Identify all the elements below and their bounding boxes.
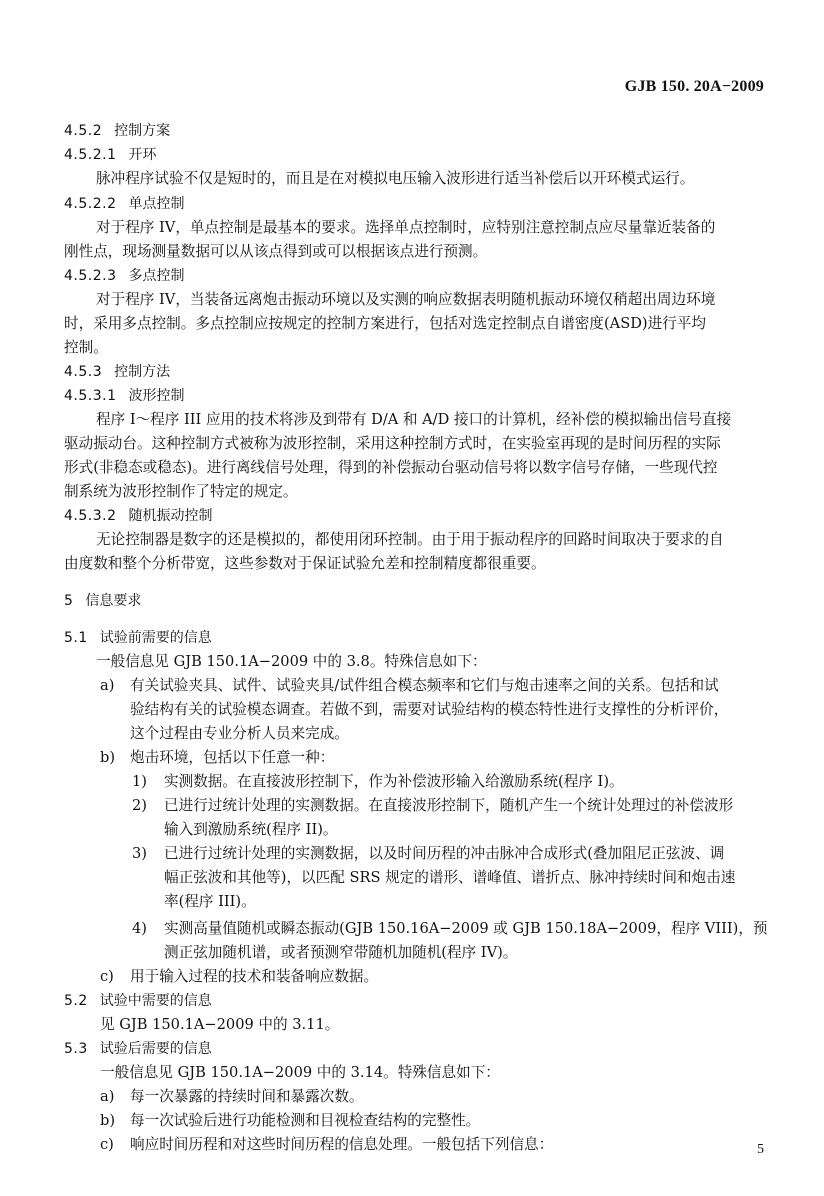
paragraph-line: 驱动振动台。这种控制方式被称为波形控制，采用这种控制方式时，在实验室再现的是时间… (64, 432, 721, 456)
section-title: 控制方法 (114, 364, 170, 380)
section-title: 单点控制 (128, 196, 184, 212)
section-number: 5.1 (64, 626, 88, 650)
section-heading-4-5-2-2: 4.5.2.2单点控制 (64, 192, 184, 216)
section-heading-4-5-2-3: 4.5.2.3多点控制 (64, 264, 184, 288)
list-item-line: 炮击环境，包括以下任意一种： (130, 746, 334, 770)
section-heading-4-5-3-1: 4.5.3.1波形控制 (64, 384, 184, 408)
paragraph-line: 时，采用多点控制。多点控制应按规定的控制方案进行，包括对选定控制点自谱密度(AS… (64, 312, 706, 336)
section-title: 波形控制 (128, 388, 184, 404)
section-number: 4.5.2 (64, 119, 102, 143)
section-number: 4.5.3.1 (64, 384, 116, 408)
section-heading-4-5-2: 4.5.2控制方案 (64, 119, 170, 143)
sub-list-item-line: 实测数据。在直接波形控制下，作为补偿波形输入给激励系统(程序 I)。 (164, 770, 624, 794)
list-item-label: b) (100, 746, 115, 770)
paragraph-line: 一般信息见 GJB 150.1A−2009 中的 3.14。特殊信息如下： (100, 1061, 500, 1085)
section-number: 4.5.3 (64, 360, 102, 384)
sub-list-item-line: 率(程序 III)。 (164, 890, 256, 914)
sub-list-item-label: 1) (132, 770, 147, 794)
section-title: 试验前需要的信息 (100, 630, 212, 646)
section-title: 多点控制 (128, 268, 184, 284)
section-title: 开环 (128, 147, 156, 163)
paragraph-line: 形式(非稳态或稳态)。进行离线信号处理，得到的补偿振动台驱动信号将以数字信号存储… (64, 456, 718, 480)
chapter-heading-5: 5信息要求 (64, 589, 141, 613)
list-item-label: a) (100, 674, 114, 698)
section-heading-5-3: 5.3试验后需要的信息 (64, 1037, 212, 1061)
paragraph-line: 制系统为波形控制作了特定的规定。 (64, 480, 298, 504)
paragraph-line: 对于程序 IV，当装备远离炮击振动环境以及实测的响应数据表明随机振动环境仅稍超出… (96, 288, 715, 312)
paragraph-line: 无论控制器是数字的还是模拟的，都使用闭环控制。由于用于振动程序的回路时间取决于要… (96, 528, 724, 552)
section-number: 4.5.2.1 (64, 143, 116, 167)
section-title: 试验中需要的信息 (100, 993, 212, 1009)
paragraph-line: 由度数和整个分析带宽，这些参数对于保证试验允差和控制精度都很重要。 (64, 552, 546, 576)
section-heading-4-5-3: 4.5.3控制方法 (64, 360, 170, 384)
section-title: 信息要求 (85, 593, 141, 609)
page-number: 5 (757, 1142, 764, 1158)
section-heading-5-2: 5.2试验中需要的信息 (64, 989, 212, 1013)
sub-list-item-label: 3) (132, 842, 147, 866)
sub-list-item-line: 测正弦加随机谱，或者预测窄带随机加随机(程序 IV)。 (164, 941, 517, 965)
section-number: 5 (64, 589, 73, 613)
list-item-label: a) (100, 1085, 114, 1109)
section-number: 5.2 (64, 989, 88, 1013)
section-number: 4.5.3.2 (64, 504, 116, 528)
section-number: 5.3 (64, 1037, 88, 1061)
section-title: 随机振动控制 (128, 508, 212, 524)
list-item-line: 有关试验夹具、试件、试验夹具/试件组合模态频率和它们与炮击速率之间的关系。包括和… (130, 674, 719, 698)
sub-list-item-label: 2) (132, 794, 147, 818)
list-item-line: 用于输入过程的技术和装备响应数据。 (130, 965, 378, 989)
list-item-label: b) (100, 1109, 115, 1133)
sub-list-item-line: 已进行过统计处理的实测数据，以及时间历程的冲击脉冲合成形式(叠加阻尼正弦波、调 (164, 842, 724, 866)
section-title: 试验后需要的信息 (100, 1041, 212, 1057)
section-heading-5-1: 5.1试验前需要的信息 (64, 626, 212, 650)
list-item-label: c) (100, 1133, 114, 1157)
section-heading-4-5-3-2: 4.5.3.2随机振动控制 (64, 504, 212, 528)
sub-list-item-label: 4) (132, 917, 147, 941)
section-number: 4.5.2.2 (64, 192, 116, 216)
list-item-line: 这个过程由专业分析人员来完成。 (130, 722, 349, 746)
list-item-line: 响应时间历程和对这些时间历程的信息处理。一般包括下列信息： (130, 1133, 553, 1157)
section-number: 4.5.2.3 (64, 264, 116, 288)
sub-list-item-line: 实测高量值随机或瞬态振动(GJB 150.16A−2009 或 GJB 150.… (164, 917, 768, 941)
paragraph-line: 见 GJB 150.1A−2009 中的 3.11。 (100, 1013, 339, 1037)
document-code-header: GJB 150. 20A−2009 (625, 78, 764, 96)
paragraph-line: 控制。 (64, 336, 108, 360)
paragraph-line: 一般信息见 GJB 150.1A−2009 中的 3.8。特殊信息如下： (96, 650, 487, 674)
paragraph-line: 程序 I～程序 III 应用的技术将涉及到带有 D/A 和 A/D 接口的计算机… (96, 408, 731, 432)
list-item-line: 每一次试验后进行功能检测和目视检查结构的完整性。 (130, 1109, 480, 1133)
paragraph-line: 对于程序 IV，单点控制是最基本的要求。选择单点控制时，应特别注意控制点应尽量靠… (96, 216, 715, 240)
sub-list-item-line: 幅正弦波和其他等)，以匹配 SRS 规定的谱形、谱峰值、谱折点、脉冲持续时间和炮… (164, 866, 735, 890)
section-heading-4-5-2-1: 4.5.2.1开环 (64, 143, 156, 167)
list-item-line: 验结构有关的试验模态调查。若做不到，需要对试验结构的模态特性进行支撑性的分析评价… (130, 698, 728, 722)
document-page: GJB 150. 20A−2009 4.5.2控制方案 4.5.2.1开环 脉冲… (0, 0, 824, 1196)
section-title: 控制方案 (114, 123, 170, 139)
sub-list-item-line: 已进行过统计处理的实测数据。在直接波形控制下，随机产生一个统计处理过的补偿波形 (164, 794, 733, 818)
list-item-label: c) (100, 965, 114, 989)
paragraph-line: 脉冲程序试验不仅是短时的，而且是在对模拟电压输入波形进行适当补偿后以开环模式运行… (96, 167, 694, 191)
list-item-line: 每一次暴露的持续时间和暴露次数。 (130, 1085, 364, 1109)
paragraph-line: 刚性点，现场测量数据可以从该点得到或可以根据该点进行预测。 (64, 240, 487, 264)
sub-list-item-line: 输入到激励系统(程序 II)。 (164, 818, 338, 842)
